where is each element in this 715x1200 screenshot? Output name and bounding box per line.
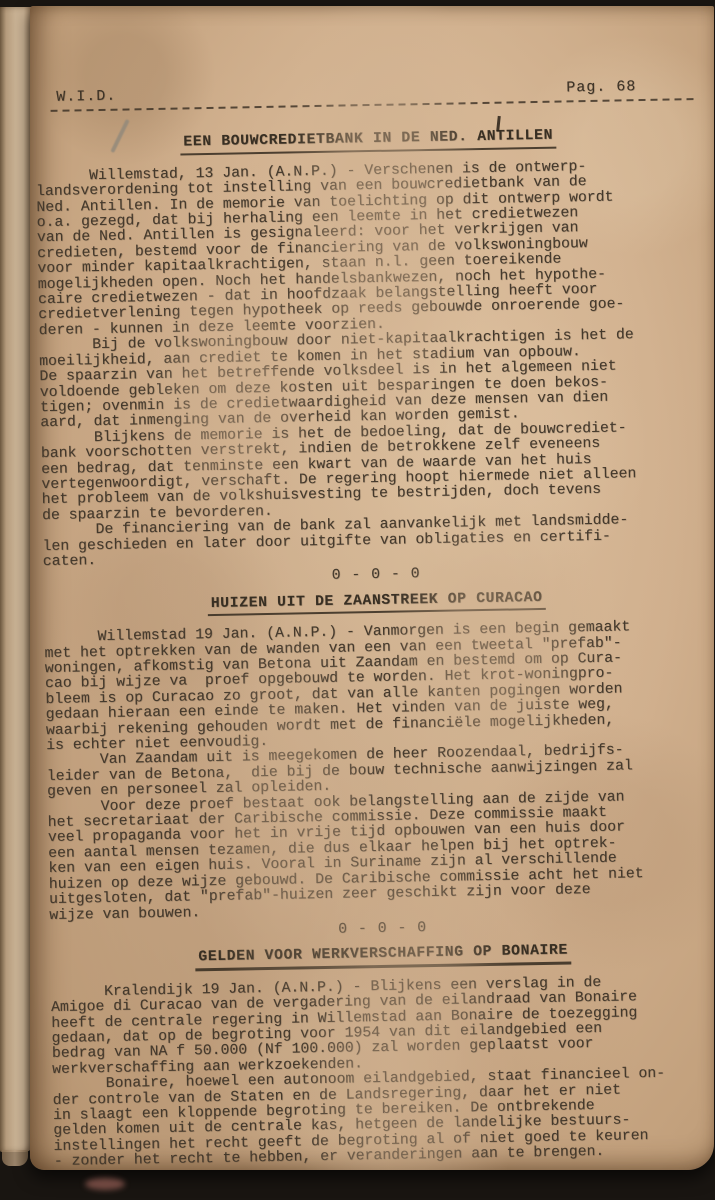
page-number: Pag. 68 (566, 79, 636, 96)
article-title-text: GELDEN VOOR WERKVERSCHAFFING OP BONAIRE (195, 944, 571, 971)
paragraph: Willemstad 19 Jan. (A.N.P.) - Vanmorgen … (44, 619, 694, 754)
article-title: GELDEN VOOR WERKVERSCHAFFING OP BONAIRE (50, 941, 714, 974)
paragraph: Blijkens de memorie is het de bedoeling,… (40, 420, 690, 524)
stain (85, 1178, 125, 1190)
article-gelden-bonaire: GELDEN VOOR WERKVERSCHAFFING OP BONAIRE … (50, 941, 714, 1170)
article-title: EEN BOUWCREDIETBANK IN DE NED. ANTILLEN (35, 126, 701, 158)
paragraph: Voor deze proef bestaat ook belangstelli… (47, 789, 697, 924)
paragraph: Willemstad, 13 Jan. (A.N.P.) - Verschene… (36, 158, 687, 339)
article-bouwcredietbank: EEN BOUWCREDIETBANK IN DE NED. ANTILLEN … (35, 126, 709, 590)
paragraph: Kralendijk 19 Jan. (A.N.P.) - Blijkens e… (51, 974, 701, 1078)
publication-title: W.I.D. (56, 89, 116, 106)
article-huizen-zaanstreek: HUIZEN UIT DE ZAANSTREEK OP CURACAO Will… (44, 588, 714, 944)
scanned-page: W.I.D. Pag. 68 EEN BOUWCREDIETBANK IN DE… (0, 0, 715, 1200)
paragraph: Bij de volkswoningbouw door niet-kapitaa… (39, 328, 689, 432)
page-header: W.I.D. Pag. 68 (34, 70, 700, 113)
document-page: W.I.D. Pag. 68 EEN BOUWCREDIETBANK IN DE… (30, 6, 714, 1170)
paragraph: De financiering van de bank zal aanvanke… (42, 512, 691, 570)
paragraph: Bonaire, hoewel een autonoom eilandgebie… (52, 1066, 702, 1170)
article-title: HUIZEN UIT DE ZAANSTREEK OP CURACAO (44, 588, 710, 620)
article-title-text: HUIZEN UIT DE ZAANSTREEK OP CURACAO (208, 591, 546, 617)
article-title-text: EEN BOUWCREDIETBANK IN DE NED. ANTILLEN (180, 129, 556, 155)
adjacent-page-edge (0, 7, 34, 1152)
typewritten-content: W.I.D. Pag. 68 EEN BOUWCREDIETBANK IN DE… (34, 70, 714, 1170)
